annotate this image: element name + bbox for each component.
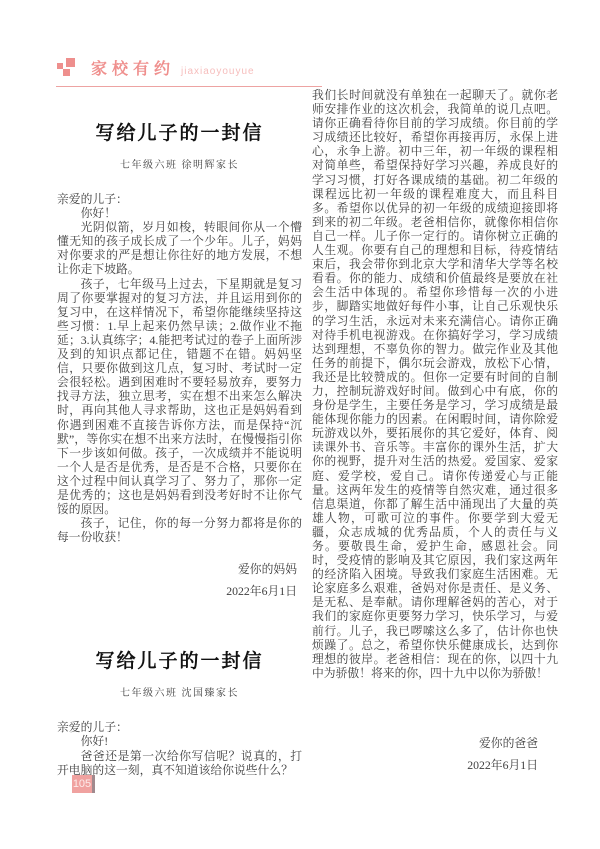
letter-2-body-left: 亲爱的儿子： 你好! 爸爸还是第一次给你写信呢？说真的，打开电脑的这一刻，真不知… (57, 720, 302, 776)
letter-1-body: 亲爱的儿子： 你好！ 光阴似箭，岁月如梭，转眼间你从一个懵懂无知的孩子成长成了一… (57, 192, 302, 544)
letter-1-date: 2022年6月1日 (57, 580, 297, 602)
letter-2-continuation: 我们长时间就没有单独在一起聊天了。就你老师安排作业的这次机会，我简单的说几点吧。… (312, 88, 558, 680)
letter-father: 写给儿子的一封信 七年级六班 沈国臻家长 亲爱的儿子： 你好! 爸爸还是第一次给… (57, 646, 302, 776)
letter-2-title: 写给儿子的一封信 (57, 646, 302, 673)
letter-1-byline: 七年级六班 徐明辉家长 (57, 156, 302, 171)
letter-2-signature: 爱你的爸爸 (312, 732, 538, 754)
section-title: 家校有约 (91, 61, 175, 78)
letter-2-signature-block: 爱你的爸爸 2022年6月1日 (312, 732, 558, 776)
right-column: 我们长时间就没有单独在一起聊天了。就你老师安排作业的这次机会，我简单的说几点吧。… (312, 88, 558, 776)
letter-2-salutation: 亲爱的儿子： (57, 720, 302, 734)
letter-1-greeting: 你好！ (57, 206, 302, 220)
letter-1-paragraph: 光阴似箭，岁月如梭，转眼间你从一个懵懂无知的孩子成长成了一个少年。儿子，妈妈对你… (57, 220, 302, 276)
letter-1-paragraph: 孩子，七年级马上过去，下星期就是复习周了你要掌握对的复习方法，并且运用到你的复习… (57, 277, 302, 517)
letter-2-byline: 七年级六班 沈国臻家长 (57, 684, 302, 699)
section-header: 家校有约 jiaxiaoyouyue (56, 56, 322, 87)
letter-mother: 写给儿子的一封信 七年级六班 徐明辉家长 亲爱的儿子： 你好！ 光阴似箭，岁月如… (57, 118, 302, 602)
magazine-page: 家校有约 jiaxiaoyouyue 写给儿子的一封信 七年级六班 徐明辉家长 … (0, 0, 600, 849)
squares-logo-icon (56, 58, 78, 78)
letter-1-signature-block: 爱你的妈妈 2022年6月1日 (57, 558, 302, 602)
logo-square-medium (63, 69, 70, 76)
letter-1-title: 写给儿子的一封信 (57, 118, 302, 145)
letter-2-greeting: 你好! (57, 734, 302, 748)
section-pinyin: jiaxiaoyouyue (181, 66, 255, 77)
letter-1-signature: 爱你的妈妈 (57, 558, 297, 580)
letter-1-paragraph: 孩子，记住，你的每一分努力都将是你的每一份收获！ (57, 516, 302, 544)
letter-1-salutation: 亲爱的儿子： (57, 192, 302, 206)
left-column: 写给儿子的一封信 七年级六班 徐明辉家长 亲爱的儿子： 你好！ 光阴似箭，岁月如… (57, 118, 302, 777)
letter-2-date: 2022年6月1日 (312, 754, 538, 776)
logo-square-large (66, 58, 75, 67)
page-number-badge: 105 (72, 775, 95, 793)
letter-2-paragraph: 爸爸还是第一次给你写信呢？说真的，打开电脑的这一刻，真不知道该给你说些什么？ (57, 749, 302, 777)
